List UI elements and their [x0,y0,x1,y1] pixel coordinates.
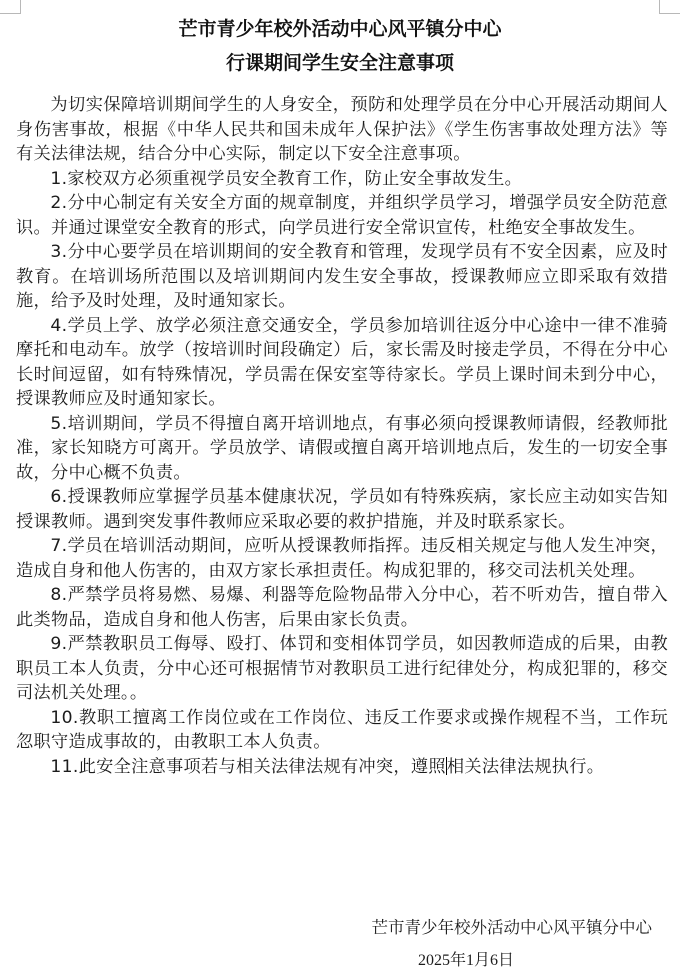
item-11: 11.此安全注意事项若与相关法律法规有冲突，遵照相关法律法规执行。 [16,755,668,780]
signature: 芒市青少年校外活动中心风平镇分中心 [372,914,653,938]
item-7: 7.学员在培训活动期间，应听从授课教师指挥。违反相关规定与他人发生冲突，造成自身… [16,534,668,583]
signature-date: 2025年1月6日 [418,947,514,970]
item-10: 10.教职工擅离工作岗位或在工作岗位、违反工作要求或操作规程不当，工作玩忽职守造… [16,706,668,755]
page-margin-corner-top-right [659,0,680,14]
item-8: 8.严禁学员将易燃、易爆、利器等危险物品带入分中心，若不听劝告，擅自带入此类物品… [16,583,668,632]
item-11-text-after: 相关法律法规执行。 [447,757,604,777]
item-1: 1.家校双方必须重视学员安全教育工作，防止安全事故发生。 [16,167,668,192]
item-5: 5.培训期间，学员不得擅自离开培训地点，有事必须向授课教师请假，经教师批准，家长… [16,412,668,486]
item-6: 6.授课教师应掌握学员基本健康状况，学员如有特殊疾病，家长应主动如实告知授课教师… [16,485,668,534]
intro-paragraph: 为切实保障培训期间学生的人身安全，预防和处理学员在分中心开展活动期间人身伤害事故… [16,93,668,167]
item-3: 3.分中心要学员在培训期间的安全教育和管理，发现学员有不安全因素，应及时教育。在… [16,240,668,314]
item-2: 2.分中心制定有关安全方面的规章制度，并组织学员学习，增强学员安全防范意识。并通… [16,191,668,240]
document-title-line1: 芒市青少年校外活动中心风平镇分中心 [0,14,680,41]
item-9: 9.严禁教职员工侮辱、殴打、体罚和变相体罚学员，如因教师造成的后果，由教职员工本… [16,632,668,706]
item-4: 4.学员上学、放学必须注意交通安全，学员参加培训往返分中心途中一律不准骑摩托和电… [16,314,668,412]
document-body[interactable]: 为切实保障培训期间学生的人身安全，预防和处理学员在分中心开展活动期间人身伤害事故… [16,93,668,779]
document-title-line2: 行课期间学生安全注意事项 [0,48,680,75]
page-margin-corner-top-left [0,0,21,14]
item-11-text-before: 11.此安全注意事项若与相关法律法规有冲突，遵照 [50,757,445,777]
